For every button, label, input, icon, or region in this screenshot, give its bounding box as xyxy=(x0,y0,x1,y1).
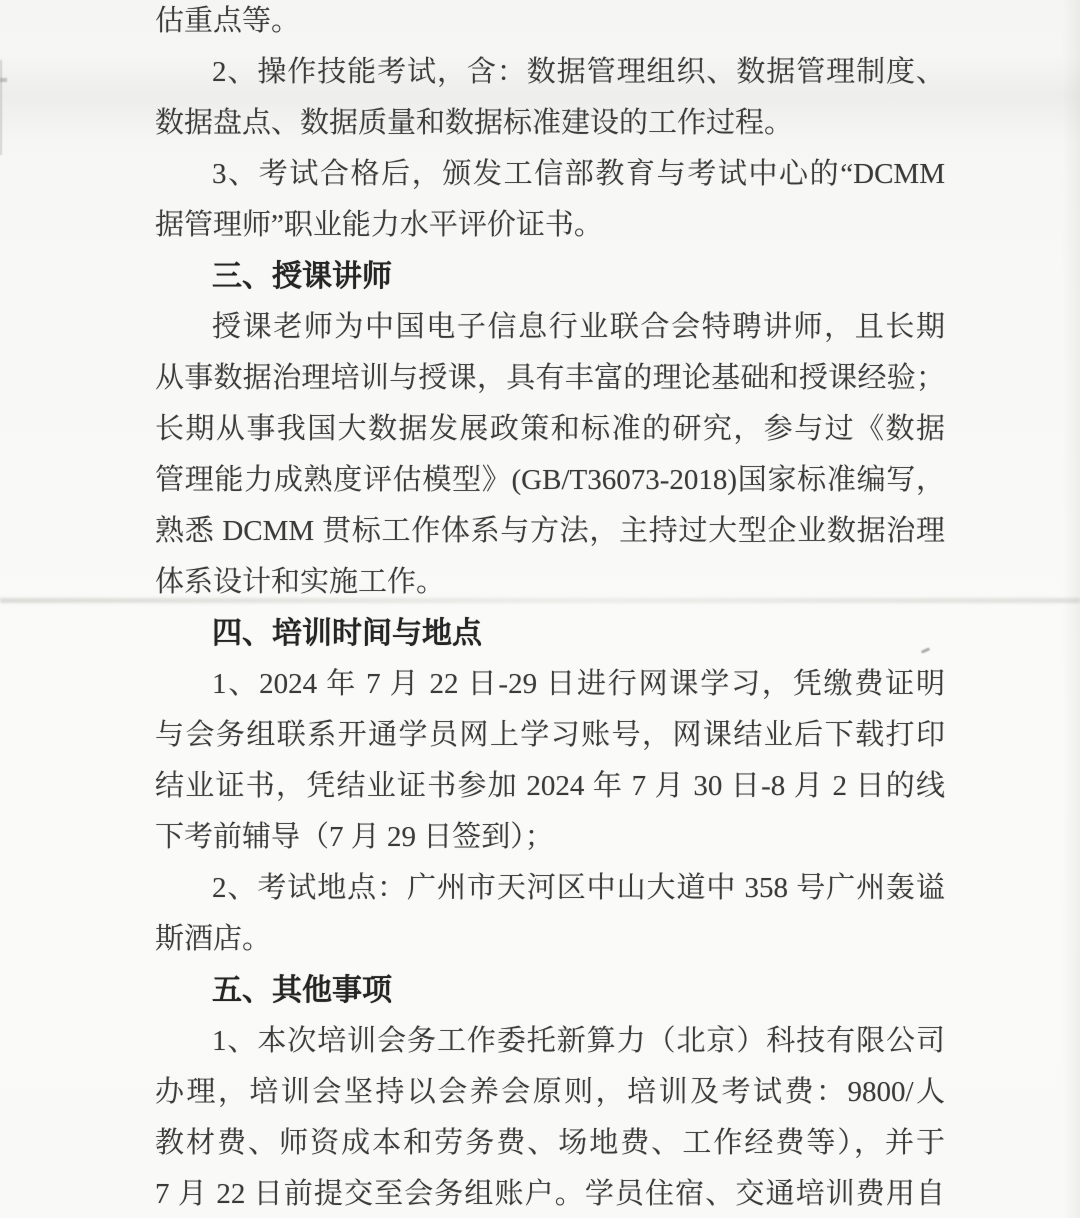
doc-line: 斯酒店。 xyxy=(155,914,945,965)
scan-right-edge-shade xyxy=(1062,0,1080,1218)
doc-line: 教材费、师资成本和劳务费、场地费、工作经费等），并于 xyxy=(155,1118,945,1169)
doc-line: 下考前辅导（7 月 29 日签到）； xyxy=(155,812,945,863)
doc-line: 从事数据治理培训与授课，具有丰富的理论基础和授课经验； xyxy=(155,353,945,404)
scan-speck xyxy=(0,78,7,82)
section-heading-4: 四、培训时间与地点 xyxy=(155,608,945,659)
doc-line: 数据盘点、数据质量和数据标准建设的工作过程。 xyxy=(155,98,945,149)
section-heading-3: 三、授课讲师 xyxy=(155,251,945,302)
doc-line: 结业证书，凭结业证书参加 2024 年 7 月 30 日-8 月 2 日的线 xyxy=(155,761,945,812)
doc-line: 办理，培训会坚持以会养会原则，培训及考试费：9800/人（含： xyxy=(155,1067,945,1118)
doc-line: 7 月 22 日前提交至会务组账户。学员住宿、交通培训费用自 xyxy=(155,1169,945,1218)
doc-line: 授课老师为中国电子信息行业联合会特聘讲师，且长期 xyxy=(155,302,945,353)
doc-line: 熟悉 DCMM 贯标工作体系与方法，主持过大型企业数据治理 xyxy=(155,506,945,557)
doc-line-item-3: 3、考试合格后，颁发工信部教育与考试中心的“DCMM 数 xyxy=(155,149,945,200)
doc-line-item-2: 2、操作技能考试，含：数据管理组织、数据管理制度、 xyxy=(155,47,945,98)
document-page: 估重点等。 2、操作技能考试，含：数据管理组织、数据管理制度、 数据盘点、数据质… xyxy=(155,0,945,1218)
doc-line: 长期从事我国大数据发展政策和标准的研究，参与过《数据 xyxy=(155,404,945,455)
scan-left-edge-mark xyxy=(0,60,2,155)
doc-line: 体系设计和实施工作。 xyxy=(155,557,945,608)
doc-line-item-2: 2、考试地点：广州市天河区中山大道中 358 号广州轰谥 xyxy=(155,863,945,914)
doc-line-item-1: 1、本次培训会务工作委托新算力（北京）科技有限公司 xyxy=(155,1016,945,1067)
doc-line-continuation: 估重点等。 xyxy=(155,0,945,47)
doc-line-item-1: 1、2024 年 7 月 22 日-29 日进行网课学习，凭缴费证明 xyxy=(155,659,945,710)
section-heading-5: 五、其他事项 xyxy=(155,965,945,1016)
doc-line: 与会务组联系开通学员网上学习账号，网课结业后下载打印 xyxy=(155,710,945,761)
doc-line: 据管理师”职业能力水平评价证书。 xyxy=(155,200,945,251)
doc-line: 管理能力成熟度评估模型》(GB/T36073-2018)国家标准编写， xyxy=(155,455,945,506)
